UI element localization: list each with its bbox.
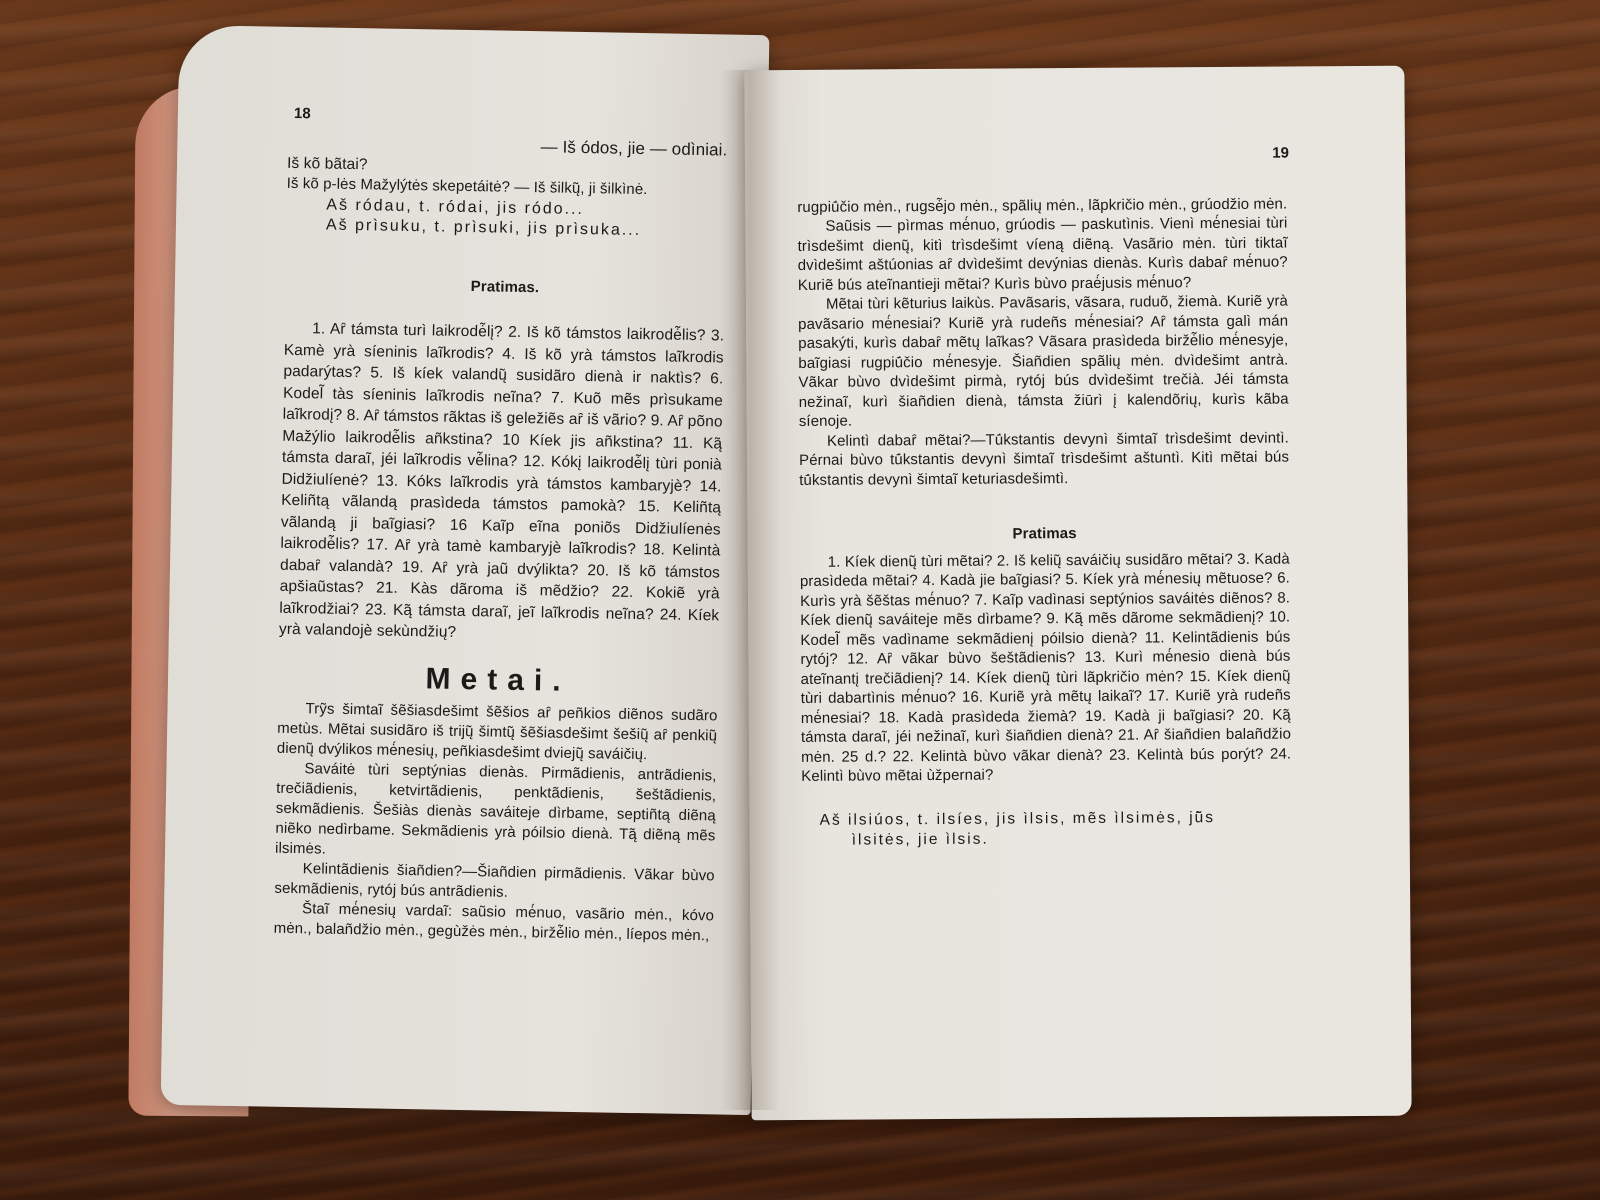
paragraph: Saũsis — pìrmas mė́nuo, grúodis — paskut… [797,214,1288,295]
right-page: 19 rugpiū́čio mėn., rugsė̃jo mėn., spãli… [744,66,1411,1121]
exercise-text: 1. Kíek dienų̃ tùri mẽtai? 2. Iš kelių̃ … [800,549,1292,786]
paragraph: Štaĩ mė́nesių vardaĩ: saũsio mė́nuo, vas… [274,899,715,947]
exercise-heading: Pratimas [800,523,1290,547]
paragraph: Kelintì dabaȓ mẽtai?—Tū́kstantis devynì … [799,428,1289,490]
paragraph: Mẽtai tùri kẽturius laikùs. Pavãsaris, v… [798,292,1289,432]
left-page: 18 — Iš ódos, jie — odìniai. Iš kõ bãtai… [161,25,770,1115]
exercise-heading: Pratimas. [285,273,725,301]
right-page-text: rugpiū́čio mėn., rugsė̃jo mėn., spãlių m… [797,195,1292,852]
page-number: 19 [1272,145,1289,162]
paragraph: Trỹs šimtaĩ šẽšiasdešimt šẽšios aȓ peñki… [277,699,718,767]
conjugation-line: ìlsitės, jie ìlsis. [802,828,1292,852]
exercise-text: 1. Aȓ támsta turì laikrodė̃lį? 2. Iš kõ … [279,318,725,648]
left-page-text: — Iš ódos, jie — odìniai. Iš kõ bãtai? I… [274,107,728,947]
section-title: Metai. [278,666,718,694]
paragraph: Saváitė tùri septýnias dienàs. Pirmãdien… [275,759,717,867]
